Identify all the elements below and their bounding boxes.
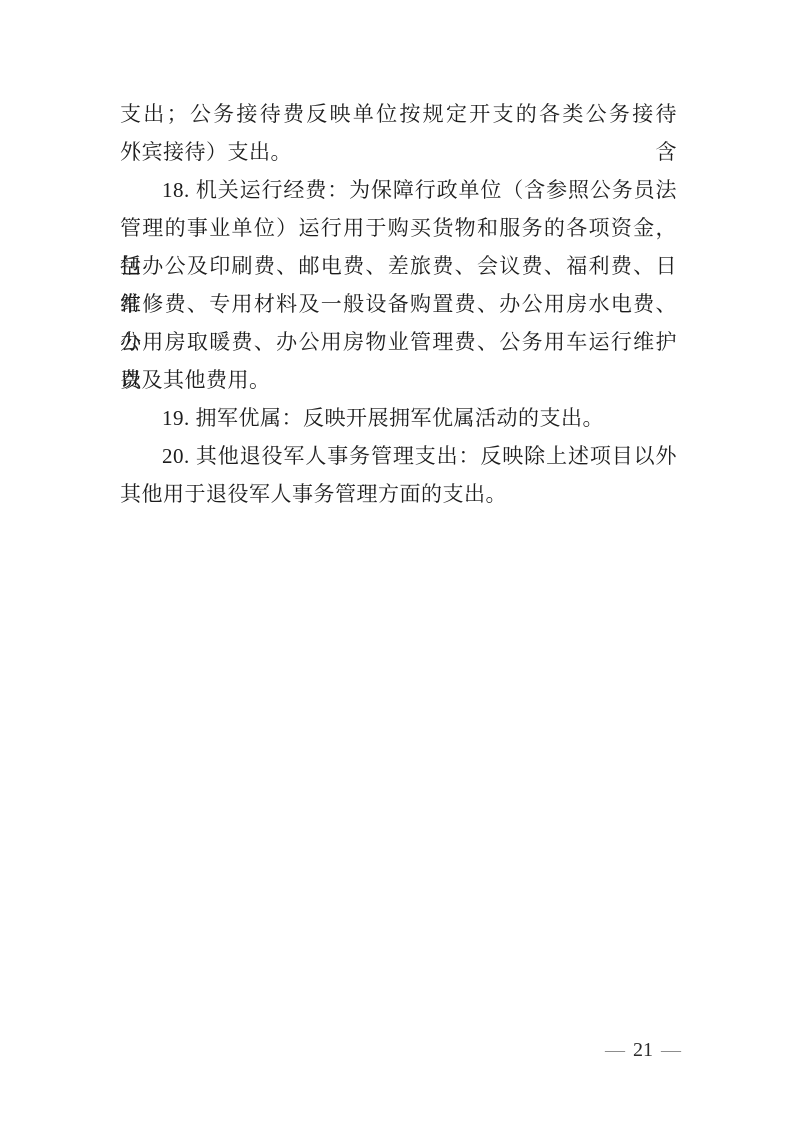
page-number-value: 21 — [633, 1039, 653, 1061]
text-line: 管理的事业单位）运行用于购买货物和服务的各项资金，包 — [120, 209, 677, 247]
text-line: 支出；公务接待费反映单位按规定开支的各类公务接待（含 — [120, 95, 677, 133]
text-line: 19. 拥军优属：反映开展拥军优属活动的支出。 — [120, 399, 677, 437]
paragraph: 18. 机关运行经费：为保障行政单位（含参照公务员法管理的事业单位）运行用于购买… — [120, 171, 677, 399]
paragraph: 支出；公务接待费反映单位按规定开支的各类公务接待（含外宾接待）支出。 — [120, 95, 677, 171]
text-line: 公用房取暖费、办公用房物业管理费、公务用车运行维护费 — [120, 323, 677, 361]
text-line: 以及其他费用。 — [120, 361, 677, 399]
text-line: 其他用于退役军人事务管理方面的支出。 — [120, 475, 677, 513]
text-line: 括办公及印刷费、邮电费、差旅费、会议费、福利费、日常 — [120, 247, 677, 285]
paragraph: 19. 拥军优属：反映开展拥军优属活动的支出。 — [120, 399, 677, 437]
paragraph: 20. 其他退役军人事务管理支出：反映除上述项目以外其他用于退役军人事务管理方面… — [120, 437, 677, 513]
text-line: 18. 机关运行经费：为保障行政单位（含参照公务员法 — [120, 171, 677, 209]
page-number-left-dash: — — [605, 1039, 625, 1061]
page-number-right-dash: — — [661, 1039, 681, 1061]
text-line: 20. 其他退役军人事务管理支出：反映除上述项目以外 — [120, 437, 677, 475]
document-body: 支出；公务接待费反映单位按规定开支的各类公务接待（含外宾接待）支出。18. 机关… — [120, 95, 677, 513]
document-page: 支出；公务接待费反映单位按规定开支的各类公务接待（含外宾接待）支出。18. 机关… — [0, 0, 793, 1122]
text-line: 维修费、专用材料及一般设备购置费、办公用房水电费、办 — [120, 285, 677, 323]
page-number: —21— — [605, 1038, 681, 1062]
